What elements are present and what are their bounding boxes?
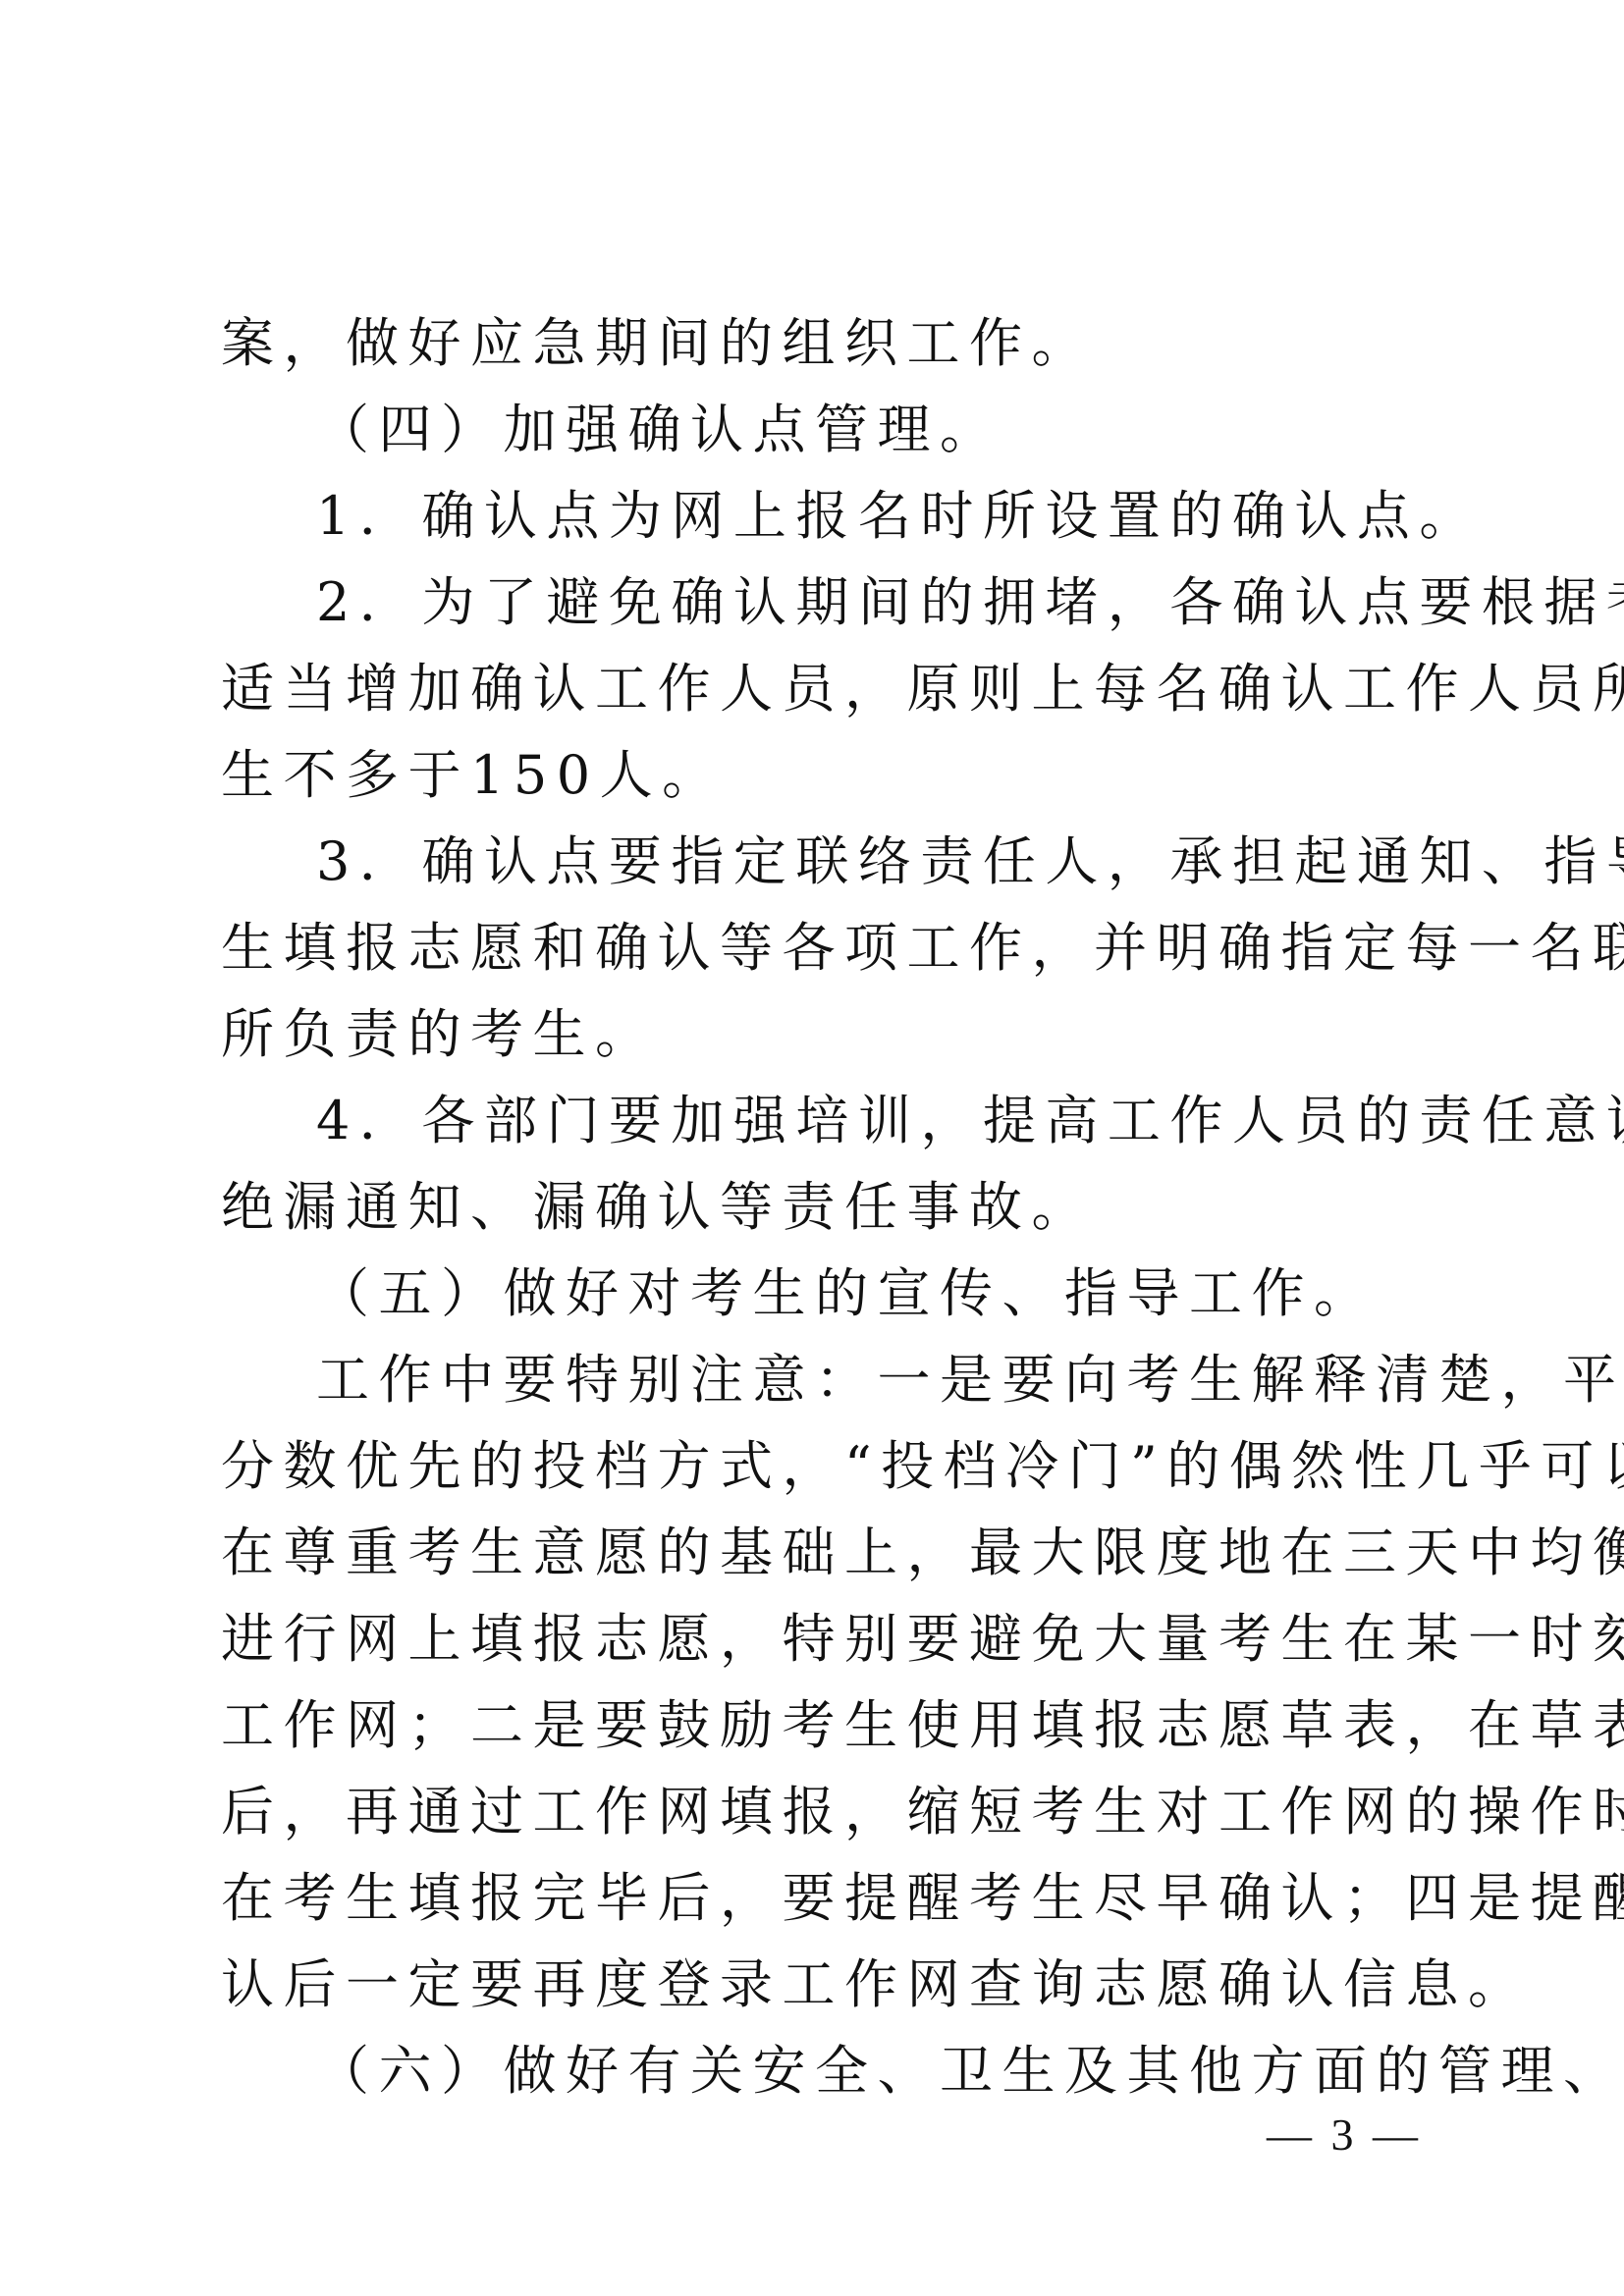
text-line: 案，做好应急期间的组织工作。 <box>221 312 1414 375</box>
section-heading: （五）做好对考生的宣传、指导工作。 <box>316 1262 1414 1325</box>
document-page: 案，做好应急期间的组织工作。 （四）加强确认点管理。 1．确认点为网上报名时所设… <box>0 0 1624 2296</box>
text-line: 工作中要特别注意：一是要向考生解释清楚，平行志愿是 <box>316 1349 1414 1412</box>
text-line: 在考生填报完毕后，要提醒考生尽早确认；四是提醒考生，确 <box>221 1867 1414 1930</box>
text-line: 分数优先的投档方式，“投档冷门”的偶然性几乎可以忽略。要 <box>221 1435 1414 1498</box>
page-number: — 3 — <box>1267 2109 1422 2161</box>
text-line: 在尊重考生意愿的基础上，最大限度地在三天中均衡组织考生 <box>221 1522 1414 1584</box>
section-heading: （四）加强确认点管理。 <box>316 399 1414 461</box>
text-line: 认后一定要再度登录工作网查询志愿确认信息。 <box>221 1953 1414 2016</box>
text-line: 4．各部门要加强培训，提高工作人员的责任意识，坚决杜 <box>316 1090 1414 1152</box>
text-line: 后，再通过工作网填报，缩短考生对工作网的操作时间；三是 <box>221 1781 1414 1843</box>
text-line: 绝漏通知、漏确认等责任事故。 <box>221 1176 1414 1239</box>
text-line: 2．为了避免确认期间的拥堵，各确认点要根据考生数量， <box>316 571 1414 634</box>
text-line: 1．确认点为网上报名时所设置的确认点。 <box>316 485 1414 548</box>
text-line: 3．确认点要指定联络责任人，承担起通知、指导、督促考 <box>316 830 1414 893</box>
text-line: 生不多于150人。 <box>221 744 1414 807</box>
text-line: 工作网；二是要鼓励考生使用填报志愿草表，在草表填写完毕 <box>221 1694 1414 1757</box>
text-line: 适当增加确认工作人员，原则上每名确认工作人员所负责的考 <box>221 658 1414 721</box>
text-line: 生填报志愿和确认等各项工作，并明确指定每一名联络责任人 <box>221 917 1414 980</box>
text-line: 进行网上填报志愿，特别要避免大量考生在某一时刻集中操作 <box>221 1608 1414 1671</box>
section-heading: （六）做好有关安全、卫生及其他方面的管理、服务工作。 <box>316 2040 1414 2103</box>
text-line: 所负责的考生。 <box>221 1003 1414 1066</box>
